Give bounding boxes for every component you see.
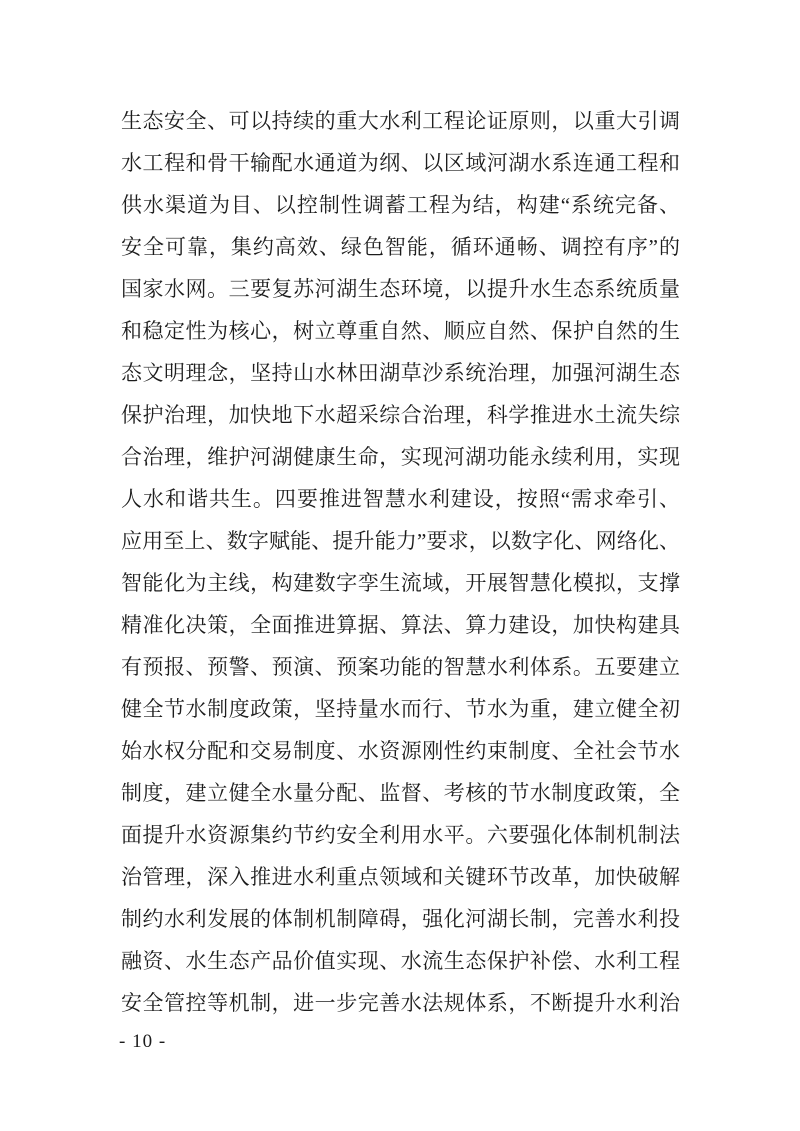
page-number: - 10 -	[119, 1031, 166, 1053]
document-page: 生态安全、可以持续的重大水利工程论证原则，以重大引调 水工程和骨干输配水通道为纲…	[0, 0, 800, 1131]
text-line: 生态安全、可以持续的重大水利工程论证原则，以重大引调	[121, 100, 680, 142]
text-line: 人水和谐共生。四要推进智慧水利建设，按照“需求牵引、	[121, 478, 680, 520]
text-line: 态文明理念，坚持山水林田湖草沙系统治理，加强河湖生态	[121, 352, 680, 394]
text-line: 融资、水生态产品价值实现、水流生态保护补偿、水利工程	[121, 940, 680, 982]
text-line: 安全管控等机制，进一步完善水法规体系，不断提升水利治	[121, 982, 680, 1024]
text-line: 面提升水资源集约节约安全利用水平。六要强化体制机制法	[121, 814, 680, 856]
text-line: 应用至上、数字赋能、提升能力”要求，以数字化、网络化、	[121, 520, 680, 562]
text-line: 治管理，深入推进水利重点领域和关键环节改革，加快破解	[121, 856, 680, 898]
text-line: 和稳定性为核心，树立尊重自然、顺应自然、保护自然的生	[121, 310, 680, 352]
text-line: 有预报、预警、预演、预案功能的智慧水利体系。五要建立	[121, 646, 680, 688]
text-line: 供水渠道为目、以控制性调蓄工程为结，构建“系统完备、	[121, 184, 680, 226]
text-line: 始水权分配和交易制度、水资源刚性约束制度、全社会节水	[121, 730, 680, 772]
text-line: 健全节水制度政策，坚持量水而行、节水为重，建立健全初	[121, 688, 680, 730]
text-line: 保护治理，加快地下水超采综合治理，科学推进水土流失综	[121, 394, 680, 436]
text-line: 水工程和骨干输配水通道为纲、以区域河湖水系连通工程和	[121, 142, 680, 184]
text-line: 制约水利发展的体制机制障碍，强化河湖长制，完善水利投	[121, 898, 680, 940]
text-line: 合治理，维护河湖健康生命，实现河湖功能永续利用，实现	[121, 436, 680, 478]
text-line: 智能化为主线，构建数字孪生流域，开展智慧化模拟，支撑	[121, 562, 680, 604]
paragraph-body: 生态安全、可以持续的重大水利工程论证原则，以重大引调 水工程和骨干输配水通道为纲…	[121, 100, 680, 1024]
text-line: 制度，建立健全水量分配、监督、考核的节水制度政策，全	[121, 772, 680, 814]
text-line: 国家水网。三要复苏河湖生态环境，以提升水生态系统质量	[121, 268, 680, 310]
text-line: 安全可靠，集约高效、绿色智能，循环通畅、调控有序”的	[121, 226, 680, 268]
text-line: 精准化决策，全面推进算据、算法、算力建设，加快构建具	[121, 604, 680, 646]
